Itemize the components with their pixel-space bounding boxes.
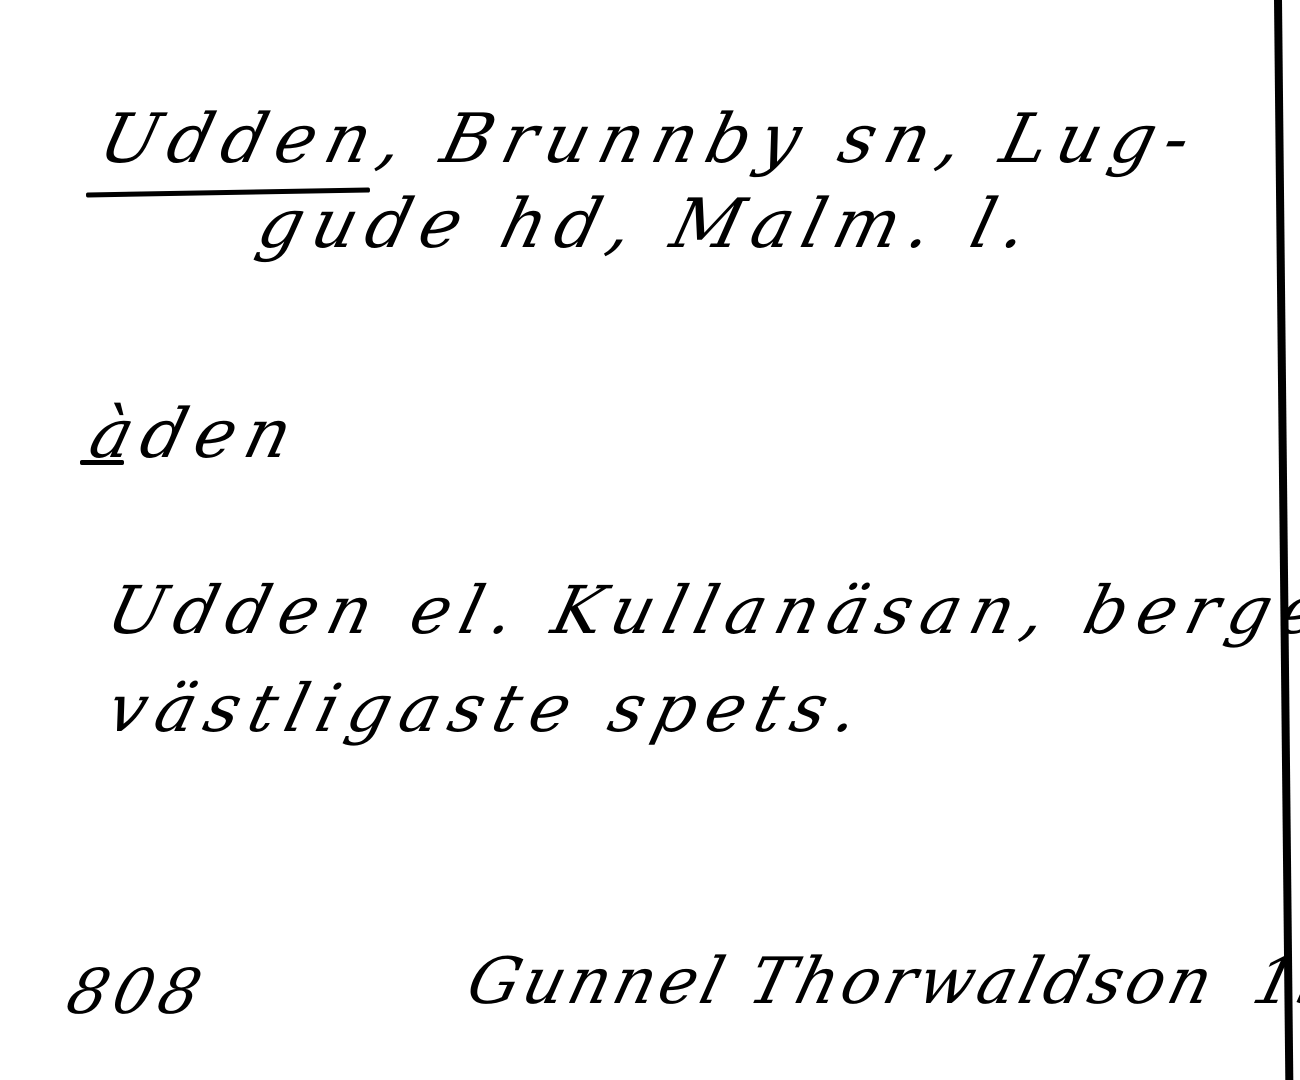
card-edge-border bbox=[1274, 0, 1293, 1080]
entry-line-2: gude hd, Malm. l. bbox=[250, 185, 1046, 264]
record-card: Udden, Brunnby sn, Lug- gude hd, Malm. l… bbox=[0, 0, 1300, 1080]
description-line-1: Udden el. Kullanäsan, bergets bbox=[100, 572, 1300, 649]
headword: Udden bbox=[92, 100, 390, 179]
collector-name: Gunnel Thorwaldson bbox=[460, 945, 1224, 1019]
parish-district: , Brunnby sn, Lug- bbox=[370, 100, 1208, 179]
pronunciation-stress-underline bbox=[80, 460, 124, 465]
record-number: 808 bbox=[60, 955, 215, 1028]
entry-line-1: Udden, Brunnby sn, Lug- bbox=[92, 100, 1208, 179]
description-line-2: västligaste spets. bbox=[100, 670, 877, 747]
collector-signature: Gunnel Thorwaldson1945. bbox=[460, 945, 1300, 1019]
